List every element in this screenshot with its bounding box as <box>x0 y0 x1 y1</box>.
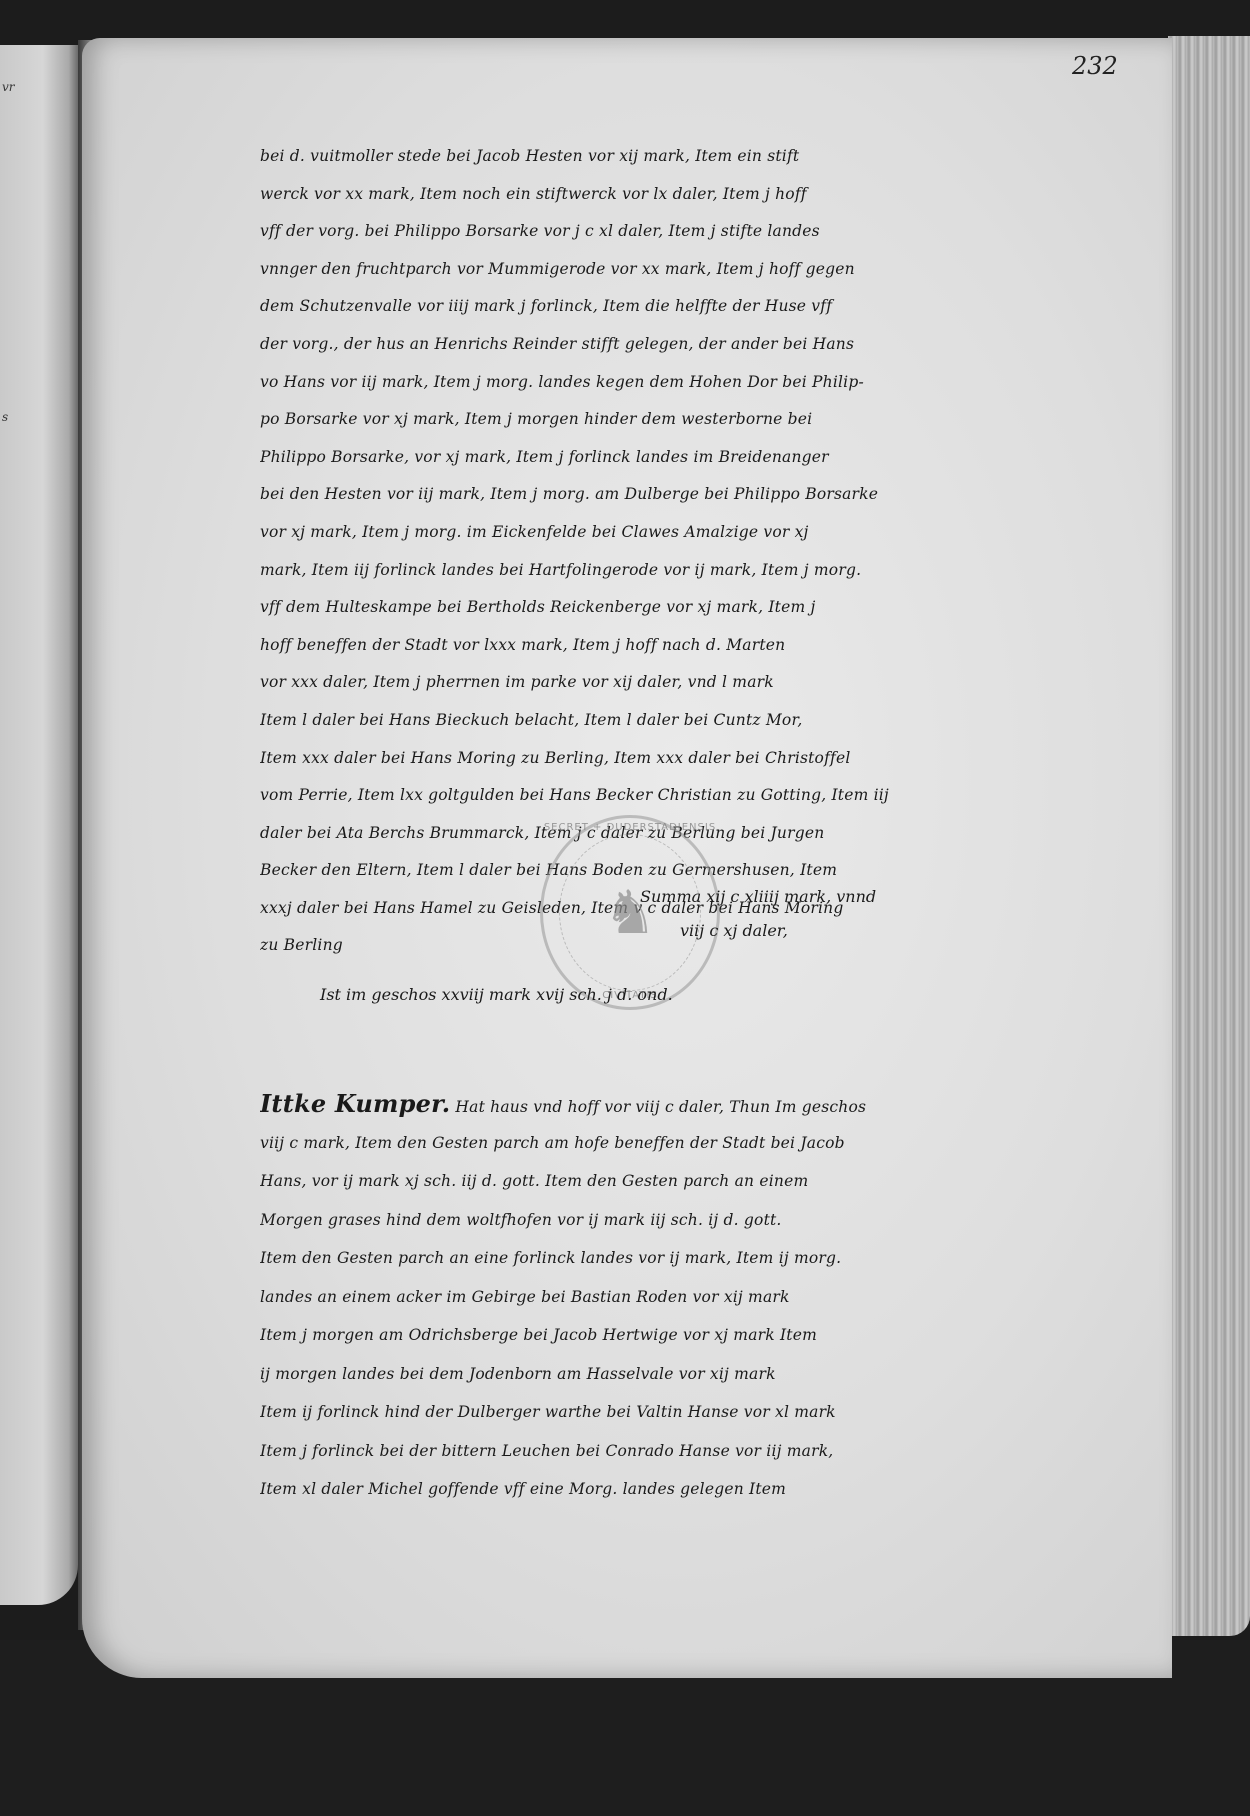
margin-note: vr <box>2 80 15 94</box>
text-line: Item l daler bei Hans Bieckuch belacht, … <box>260 702 1130 740</box>
ledger-paragraph-1: bei d. vuitmoller stede bei Jacob Hesten… <box>260 138 1130 965</box>
summa-block: Summa xij c xliiij mark, vnnd viij c xj … <box>640 880 1060 948</box>
summa-line-2: viij c xj daler, <box>640 914 1060 948</box>
text-line: po Borsarke vor xj mark, Item j morgen h… <box>260 401 1130 439</box>
text-line: Item j forlinck bei der bittern Leuchen … <box>260 1432 1130 1471</box>
entry-heading: Ittke Kumper. <box>260 1089 450 1118</box>
text-line: vor xxx daler, Item j pherrnen im parke … <box>260 664 1130 702</box>
text-line: vff dem Hulteskampe bei Bertholds Reicke… <box>260 589 1130 627</box>
page-number: 232 <box>1072 52 1118 80</box>
text-line: ij morgen landes bei dem Jodenborn am Ha… <box>260 1355 1130 1394</box>
margin-note: s <box>2 410 8 424</box>
text-line: Item ij forlinck hind der Dulberger wart… <box>260 1393 1130 1432</box>
text-line: vo Hans vor iij mark, Item j morg. lande… <box>260 364 1130 402</box>
text-line: dem Schutzenvalle vor iiij mark j forlin… <box>260 288 1130 326</box>
text-line: vff der vorg. bei Philippo Borsarke vor … <box>260 213 1130 251</box>
text-line: Ittke Kumper. Hat haus vnd hoff vor viij… <box>260 1085 1130 1124</box>
seal-legend-top: SECRET + DUDERSTADIENSIS <box>543 822 717 833</box>
text-line: landes an einem acker im Gebirge bei Bas… <box>260 1278 1130 1317</box>
text-line: vnnger den fruchtparch vor Mummigerode v… <box>260 251 1130 289</box>
text-line: Philippo Borsarke, vor xj mark, Item j f… <box>260 439 1130 477</box>
summa-line-1: Summa xij c xliiij mark, vnnd <box>640 880 1060 914</box>
text-line: Item den Gesten parch an eine forlinck l… <box>260 1239 1130 1278</box>
text-line: bei den Hesten vor iij mark, Item j morg… <box>260 476 1130 514</box>
text-line: vor xj mark, Item j morg. im Eickenfelde… <box>260 514 1130 552</box>
ledger-paragraph-2: Ittke Kumper. Hat haus vnd hoff vor viij… <box>260 1085 1130 1509</box>
text-line: Item j morgen am Odrichsberge bei Jacob … <box>260 1316 1130 1355</box>
text-line-rest: Hat haus vnd hoff vor viij c daler, Thun… <box>455 1098 866 1116</box>
text-line: Item xxx daler bei Hans Moring zu Berlin… <box>260 740 1130 778</box>
text-line: Morgen grases hind dem woltfhofen vor ij… <box>260 1201 1130 1240</box>
text-line: viij c mark, Item den Gesten parch am ho… <box>260 1124 1130 1163</box>
text-line: Item xl daler Michel goffende vff eine M… <box>260 1470 1130 1509</box>
text-line: hoff beneffen der Stadt vor lxxx mark, I… <box>260 627 1130 665</box>
text-line: vom Perrie, Item lxx goltgulden bei Hans… <box>260 777 1130 815</box>
page-edge-stack <box>1168 36 1250 1636</box>
left-facing-page: vr s <box>0 45 78 1605</box>
text-line: Hans, vor ij mark xj sch. iij d. gott. I… <box>260 1162 1130 1201</box>
text-line: mark, Item iij forlinck landes bei Hartf… <box>260 552 1130 590</box>
text-line: der vorg., der hus an Henrichs Reinder s… <box>260 326 1130 364</box>
text-line: werck vor xx mark, Item noch ein stiftwe… <box>260 176 1130 214</box>
text-line: bei d. vuitmoller stede bei Jacob Hesten… <box>260 138 1130 176</box>
tax-total-line: Ist im geschos xxviij mark xvij sch. j d… <box>320 985 1020 1004</box>
